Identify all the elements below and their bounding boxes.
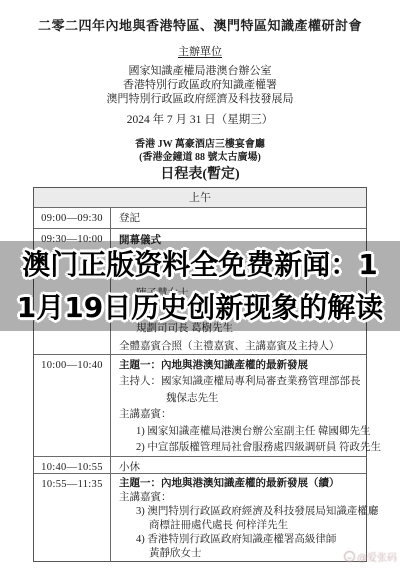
agenda-line: 黃靜欣女士 [119,547,378,561]
weibo-smiley-icon [344,551,355,562]
agenda-line: 2) 中宣部版權管理局社會服務處四級調研員 符政先生 [119,440,381,456]
agenda-line: 全體嘉賓合照（主禮嘉賓、主講嘉賓及主持人） [119,338,364,356]
agenda-line: 商標註冊處代處長 何梓洋先生 [119,519,378,533]
table-row-topic-one: 10:00—10:40 主題一：內地與港澳知識產權的最新發展 主持人：國家知識產… [34,354,366,456]
time-cell: 09:00—09:30 [34,208,111,228]
seminar-schedule-document: 二零二四年內地與香港特區、澳門特區知識產權研討會 主辦單位 國家知識產權局港澳台… [0,0,400,570]
table-row-registration: 09:00—09:30 登記 [34,207,366,228]
time-cell: 10:55—11:35 [34,474,111,561]
event-date: 2024 年 7 月 31 日（星期三） [0,111,400,127]
agenda-line: 主題一：內地與港澳知識產權的最新發展 [119,358,381,374]
agenda-line: 4) 香港特別行政區政府知識產權署高級律師 [119,533,378,547]
organizer-3: 澳門特別行政區政府經濟及科技發展局 [0,90,400,106]
watermark-text: @爱张码 [357,549,397,564]
table-row-break: 10:40—10:55 小休 [34,456,366,473]
agenda-line: 1) 國家知識產權局港澳台辦公室副主任 韓國卿先生 [119,424,381,440]
session-header-label: 上午 [189,190,211,206]
agenda-line: 3) 澳門特別行政區政府經濟及科技發展局知識產權廳 [119,505,378,519]
agenda-line: 主持人：國家知識產權局專利局審查業務管理部部長 [119,374,381,390]
agenda-line: 主講嘉賓： [119,407,381,423]
time-cell: 10:00—10:40 [34,355,111,456]
agenda-line: 主題一：內地與港澳知識產權的最新發展（續） [119,477,378,491]
venue-line-2: (香港金鐘道 88 號太古廣場) [0,148,400,163]
document-title: 二零二四年內地與香港特區、澳門特區知識產權研討會 [0,15,400,34]
overlay-headline-line-2: 1月19日历史创新现象的解读 [0,286,400,329]
agenda-line: 魏保志先生 [119,391,381,407]
session-header-row: 上午 [34,188,366,207]
schedule-title: 日程表(暫定) [0,163,400,183]
overlay-headline-line-1: 澳门正版资料全免费新闻：1 [0,243,400,286]
overlay-headline: 澳门正版资料全免费新闻：1 1月19日历史创新现象的解读 [0,243,400,329]
time-cell: 10:40—10:55 [34,457,111,473]
agenda-line: 登記 [119,211,364,227]
agenda-line: 主講嘉賓： [119,491,378,505]
organizer-heading: 主辦單位 [0,43,400,59]
table-row-topic-one-continued: 10:55—11:35 主題一：內地與港澳知識產權的最新發展（續） 主講嘉賓： … [34,473,366,561]
weibo-watermark: @爱张码 [344,549,397,564]
